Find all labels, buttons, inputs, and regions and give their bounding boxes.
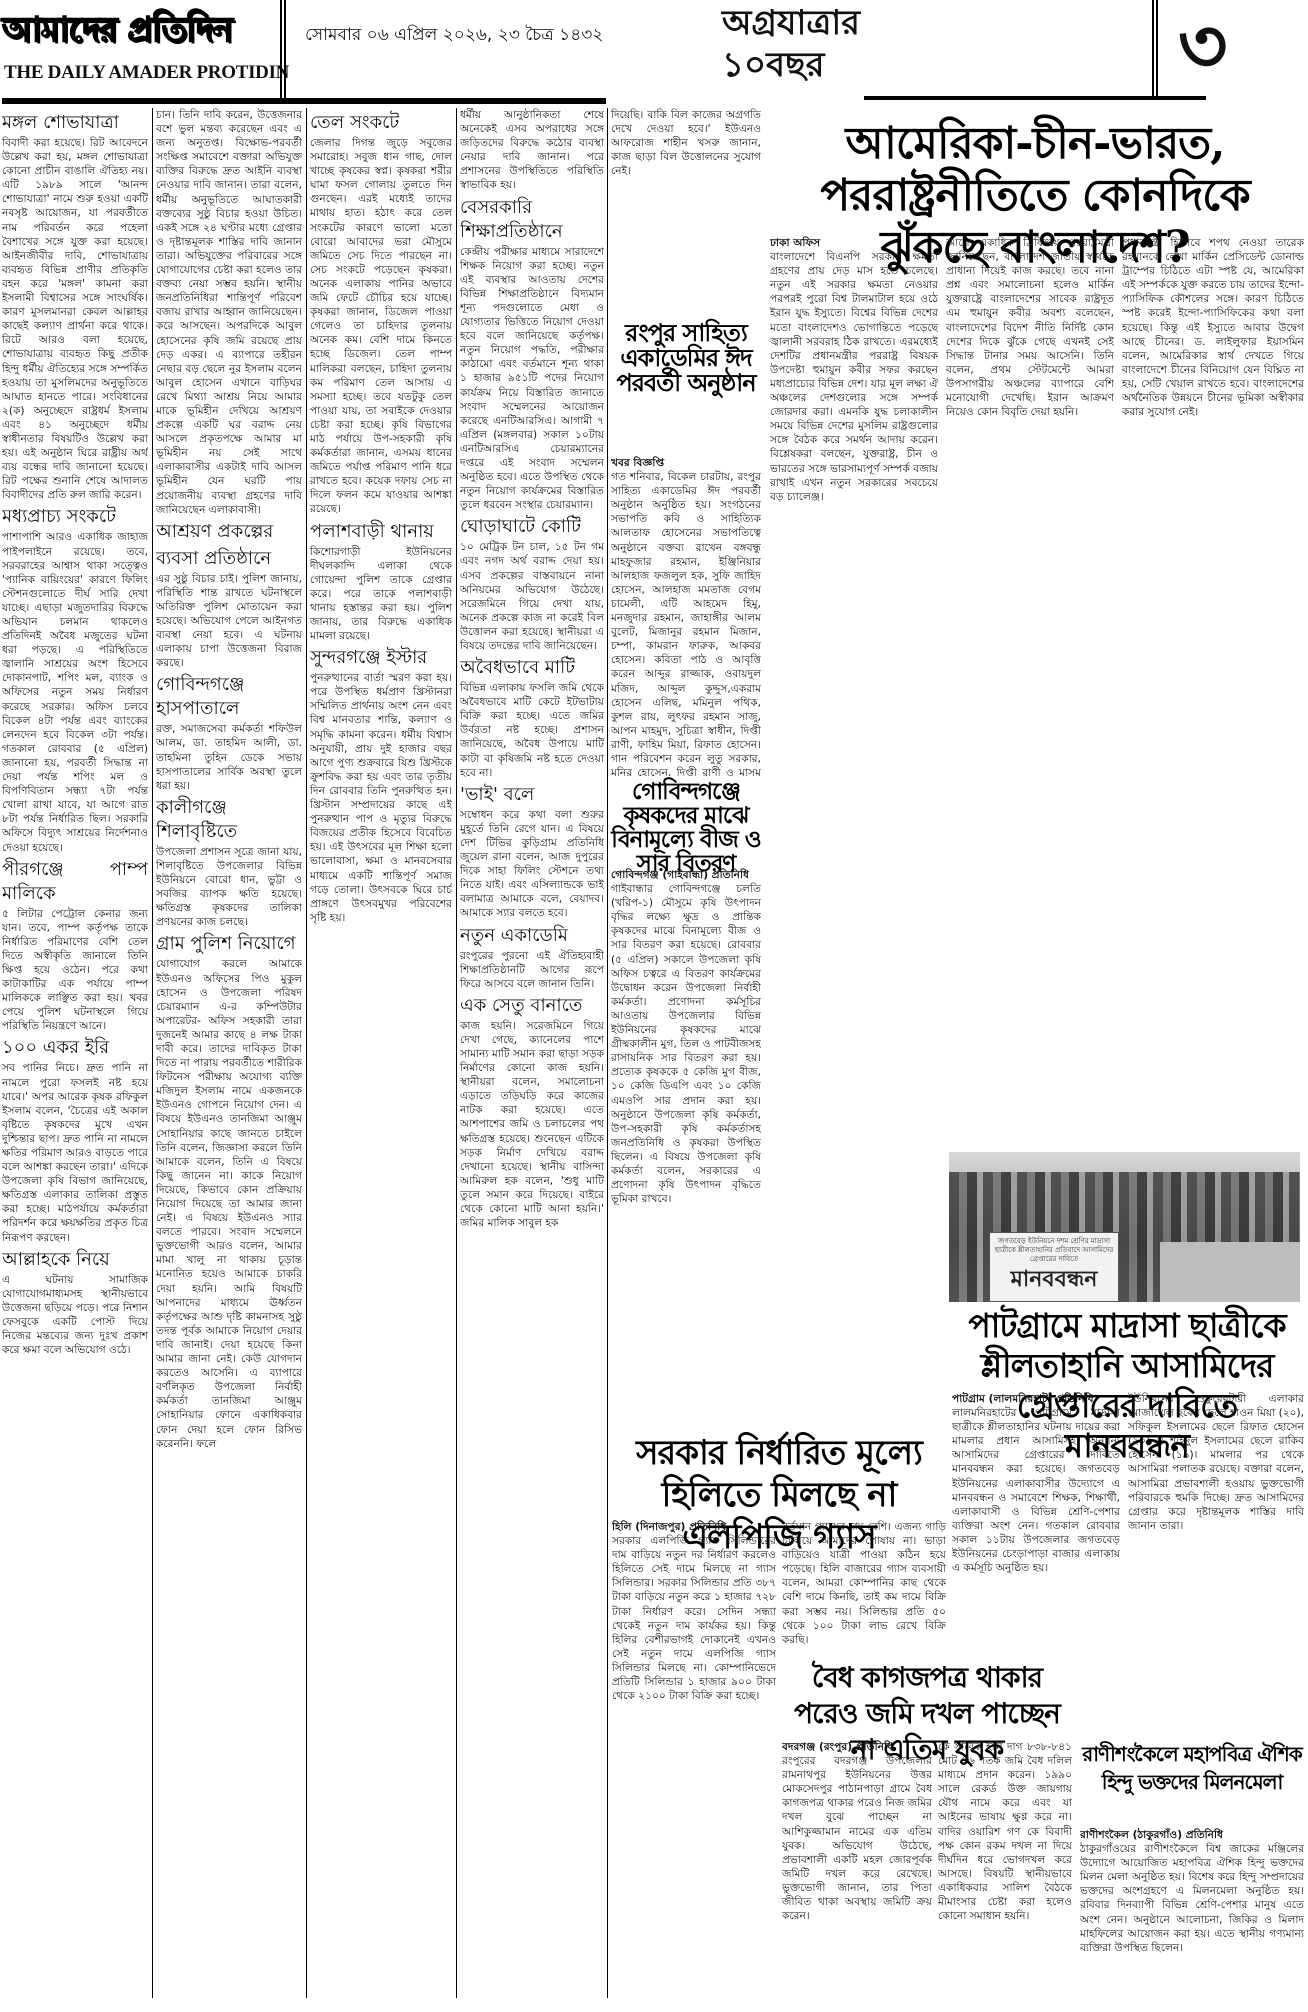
subhead-beshorkari: বেসরকারি শিক্ষাপ্রতিষ্ঠানে (460, 196, 604, 244)
article-gobindaganj-krishok: গোবিন্দগঞ্জ (গাইবান্ধা) প্রতিনিধি গাইবান… (611, 868, 761, 1408)
article-body: উপজেলা প্রশাসন সূত্রে জানা যায়, শিলাবৃষ… (156, 845, 302, 930)
lpg-col-2: বর্তমান গ্যাসের দাম বেশি। এজন্য গাড়ি চা… (782, 1520, 946, 1660)
article-body: বাংলাদেশে বিএনপি সরকার ক্ষমতা গ্রহণের প্… (770, 250, 938, 504)
foreign-policy-col-3: প্রধানমন্ত্রী হিসেবে শপথ নেওয়া তারেক রহ… (1122, 236, 1304, 1150)
subhead-obaidh: অবৈধভাবে মাটি (460, 656, 604, 680)
column-3: তেল সংকটে জেলার দিগন্ত জুড়ে সবুজের সমার… (310, 108, 452, 2008)
page-number: ৩ (1178, 4, 1227, 88)
byline: ঢাকা অফিস (770, 236, 938, 250)
column-rule (456, 108, 457, 1998)
subhead-asroyon: আশ্রয়ণ প্রকল্পের (156, 520, 302, 544)
subhead-bhai: 'ভাই' বলে (460, 783, 604, 807)
byline: গোবিন্দগঞ্জ (গাইবান্ধা) প্রতিনিধি (611, 868, 761, 882)
article-body: গত শনিবার, বিকেল চারটায়, রংপুর সাহিত্য … (611, 470, 761, 776)
article-body: রংপুরের পুরনো এই ঐতিহ্যবাহী শিক্ষাপ্রতিষ… (460, 949, 604, 991)
headline-gobindaganj-krishok[interactable]: গোবিন্দগঞ্জে কৃষকদের মাঝে বিনামূল্যে বীজ… (611, 780, 761, 877)
subhead-allah: আল্লাহকে নিয়ে (2, 1248, 148, 1272)
article-body: প্রধানমন্ত্রী হিসেবে শপথ নেওয়া তারেক রহ… (1122, 236, 1304, 419)
subhead-gobindaganj-hospital: গোবিন্দগঞ্জে হাসপাতালে (156, 673, 302, 721)
article-body: লালমনিরহাটের পাটগ্রামে মাদ্রাসা ছাত্রীকে… (952, 1406, 1120, 1575)
article-body: ঠাকুরগাঁওয়ের রাণীশংকৈলে বিশ্ব জাকের মঞ্… (1080, 1842, 1304, 1955)
article-body: আগে একাধিক ব্রিফিংয়ে পররাষ্ট্রমন্ত্রী জ… (946, 236, 1114, 419)
headline-rangpur-sahitya[interactable]: রংপুর সাহিত্য একাডেমির ঈদ পরবর্তী অনুষ্ঠ… (611, 320, 761, 396)
article-body: বিভিন্ন এলাকায় ফসলি জমি থেকে অবৈধভাবে ম… (460, 681, 604, 780)
column-rule (306, 108, 307, 1998)
article-body: ৫ লিটার পেট্রোল কেনার জন্য যান। তবে, পাম… (2, 907, 148, 1034)
byline: বদরগঞ্জ (রংপুর) প্রতিনিধি (782, 1740, 932, 1754)
column-rule (607, 108, 608, 1998)
article-body: কাজ হয়নি। সরেজমিনে গিয়ে দেখা গেছে, ক্য… (460, 1019, 604, 1230)
byline: পাটগ্রাম (লালমনিরহাট) প্রতিনিধি (952, 1392, 1120, 1406)
anniversary-badge: অগ্রযাত্রার ১০বছর (722, 2, 860, 86)
column-rule (152, 108, 153, 1998)
banner-big-text: মানববন্ধন (990, 1264, 1118, 1294)
subhead-notun-academy: নতুন একাডেমি (460, 924, 604, 948)
subhead-ghoraghat: ঘোড়াঘাটে কোটি (460, 515, 604, 539)
subhead-moddhoprachya: মধ্যপ্রাচ্য সংকটে (2, 505, 148, 529)
orphan-col-2: কে সাবেক হাল দাগ ৮৩৮-৮৪১ মোট ১৬ শতক জমি … (938, 1740, 1072, 2008)
article-body: এর সুষ্ঠু বিচার চাই। পুলিশ জানায়, পরিস্… (156, 572, 302, 671)
subhead-sundarganj: সুন্দরগঞ্জে ইস্টার (310, 646, 452, 670)
patgram-col-2: ইউনিয়নের শুকুরেরটারী এলাকার মোজাম্মেল হ… (1128, 1392, 1304, 1732)
rangpur-top-text: দিয়েছি। বাকি বিল কাজের অগ্রগতি দেখে দেও… (611, 108, 761, 308)
article-body: দিয়েছি। বাকি বিল কাজের অগ্রগতি দেখে দেও… (611, 108, 761, 178)
article-body: সরকার এলপিজি গ্যাস সিলিন্ডারের দাম বাড়ি… (612, 1534, 776, 1703)
article-body: রক্ত, সমাজসেবা কর্মকর্তা শফিউল আলম, ডা. … (156, 722, 302, 792)
headline-ranisankail[interactable]: রাণীশংকৈলে মহাপবিত্র ঐশিক হিন্দু ভক্তদের… (1080, 1740, 1304, 1796)
article-body: জেলার দিগন্ত জুড়ে সবুজের সমারোহ। সবুজ ধ… (310, 136, 452, 517)
masthead-rule (864, 96, 1206, 100)
article-body: চান। তিনি দাবি করেন, উত্তেজনার বশে ভুল ম… (156, 108, 302, 517)
newspaper-logo[interactable]: আমাদের প্রতিদিন (2, 4, 212, 54)
subhead-pirganj: পীরগঞ্জে পাম্প মালিকে (2, 858, 148, 906)
byline: রাণীশংকৈল (ঠাকুরগাঁও) প্রতিনিধি (1080, 1828, 1304, 1842)
subhead-eksho-ekor: ১০০ একর ইরি (2, 1036, 148, 1060)
foreign-policy-col-1: ঢাকা অফিস বাংলাদেশে বিএনপি সরকার ক্ষমতা … (770, 236, 938, 1150)
masthead-divider (280, 0, 282, 98)
masthead-divider (284, 0, 286, 98)
anniversary-line1: অগ্রযাত্রার (722, 2, 860, 44)
page-number-divider (1152, 0, 1154, 98)
article-body: গাইবান্ধার গোবিন্দগঞ্জে চলতি (খরিপ-১) মৌ… (611, 882, 761, 1206)
newspaper-name-english: THE DAILY AMADER PROTIDIN (4, 62, 289, 84)
anniversary-line2: ১০বছর (722, 44, 860, 86)
masthead-rule (2, 98, 606, 104)
byline: হিলি (দিনাজপুর) প্রতিনিধি (612, 1520, 776, 1534)
orphan-col-1: বদরগঞ্জ (রংপুর) প্রতিনিধি রংপুরের বদরগঞ্… (782, 1740, 932, 2008)
article-body: বর্তমান গ্যাসের দাম বেশি। এজন্য গাড়ি চা… (782, 1520, 946, 1647)
masthead: আমাদের প্রতিদিন THE DAILY AMADER PROTIDI… (0, 0, 1308, 104)
column-1: মঙ্গল শোভাযাত্রা বিবাদী করা হয়েছে। রিট … (2, 108, 148, 2008)
column-4: ধর্মীয় আনুষ্ঠানিকতা শেষে অনেকেই এসব অপর… (460, 108, 604, 2008)
subhead-ek-setu: এক সেতু বানাতে (460, 994, 604, 1018)
photo-road (1160, 1242, 1300, 1302)
subhead-polashbari: পলাশবাড়ী থানায় (310, 520, 452, 544)
column-2: চান। তিনি দাবি করেন, উত্তেজনার বশে ভুল ম… (156, 108, 302, 2008)
dateline: সোমবার ০৬ এপ্রিল ২০২৬, ২৩ চৈত্র ১৪৩২ (305, 22, 603, 50)
article-body: যোগাযোগ করলে আমাকে ইউএনও অফিসের পিও মুকু… (156, 957, 302, 1450)
article-body: রংপুরের বদরগঞ্জ উপজেলার রামনাথপুর ইউনিয়… (782, 1754, 932, 1923)
subhead-mongol: মঙ্গল শোভাযাত্রা (2, 111, 148, 135)
article-body: ইউনিয়নের শুকুরেরটারী এলাকার মোজাম্মেল হ… (1128, 1392, 1304, 1533)
subhead-kaliganj: কালীগঞ্জে শিলাবৃষ্টিতে (156, 796, 302, 844)
article-body: বিবাদী করা হয়েছে। রিট আবেদনে উল্লেখ করা… (2, 136, 148, 502)
article-body: এ ঘটনায় সামাজিক যোগাযোগমাধ্যমসহ স্থানীয… (2, 1273, 148, 1358)
photo-banner: জগতবেড় ইউনিয়নে দশম শ্রেণির মাদ্রাসা ছা… (989, 1232, 1119, 1302)
article-body: কেন্দ্রীয় পরীক্ষার মাধ্যমে সারাদেশে শিক… (460, 245, 604, 513)
page-number-divider (1156, 0, 1158, 98)
article-body: পুনরুত্থানের বার্তা স্মরণ করা হয়। পরে উ… (310, 671, 452, 925)
article-ranisankail: রাণীশংকৈল (ঠাকুরগাঁও) প্রতিনিধি ঠাকুরগাঁ… (1080, 1828, 1304, 2008)
article-body: ১০ মেট্রিক টন চাল, ১৫ টন গম এবং নগদ অর্থ… (460, 540, 604, 653)
article-body: ধর্মীয় আনুষ্ঠানিকতা শেষে অনেকেই এসব অপর… (460, 108, 604, 193)
news-photo-human-chain[interactable]: জগতবেড় ইউনিয়নে দশম শ্রেণির মাদ্রাসা ছা… (949, 1152, 1300, 1302)
subhead-bybosha: ব্যবসা প্রতিষ্ঠানে (156, 547, 302, 571)
banner-small-text: জগতবেড় ইউনিয়নে দশম শ্রেণির মাদ্রাসা ছা… (990, 1237, 1118, 1264)
article-body: পাশাপাশি আরও একাধিক জাহাজ পাইপলাইনে রয়ে… (2, 530, 148, 854)
lpg-col-1: হিলি (দিনাজপুর) প্রতিনিধি সরকার এলপিজি গ… (612, 1520, 776, 2000)
subhead-tel-sonkot: তেল সংকটে (310, 111, 452, 135)
subhead-gram-police: গ্রাম পুলিশ নিয়োগে (156, 932, 302, 956)
article-body: সব পানির নিচে। দ্রুত পানি না নামলে পুরো … (2, 1061, 148, 1244)
article-body: সম্বোধন করে কথা বলা শুরুর মুহূর্তে তিনি … (460, 808, 604, 921)
foreign-policy-col-2: আগে একাধিক ব্রিফিংয়ে পররাষ্ট্রমন্ত্রী জ… (946, 236, 1114, 1150)
byline: খবর বিজ্ঞপ্তি (611, 456, 761, 470)
article-body: কিশোরগাড়ী ইউনিয়নের দীঘলকান্দি এলাকা থে… (310, 545, 452, 644)
article-body: কে সাবেক হাল দাগ ৮৩৮-৮৪১ মোট ১৬ শতক জমি … (938, 1740, 1072, 1923)
article-rangpur-sahitya: খবর বিজ্ঞপ্তি গত শনিবার, বিকেল চারটায়, … (611, 456, 761, 776)
